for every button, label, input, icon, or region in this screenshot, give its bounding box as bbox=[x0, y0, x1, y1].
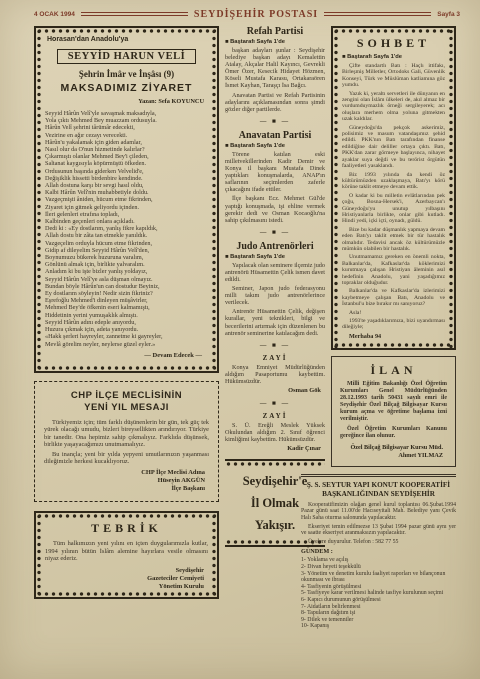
seyyid-harun-article-box: Horasan'dan Anadolu'ya SEYYİD HARUN VELİ… bbox=[34, 26, 219, 373]
paragraph: Asla! bbox=[342, 310, 445, 316]
header-rule-left bbox=[81, 12, 188, 16]
paragraph: Tüm halkımızın yeni yılını en içten duyg… bbox=[45, 540, 208, 562]
paragraph: Biz 1993 yılında da kendi öz kültürümüzd… bbox=[342, 172, 445, 191]
article-title-wrap: SEYYİD HARUN VELİ bbox=[45, 46, 208, 69]
left-column: Horasan'dan Anadolu'ya SEYYİD HARUN VELİ… bbox=[34, 26, 219, 599]
continued-tag: ■ Baştarafı Sayfa 1'de bbox=[225, 254, 325, 260]
middle-column: Refah Partisi ■ Baştarafı Sayfa 1'de baş… bbox=[225, 26, 325, 547]
paragraph: Balkanlar'da ve Kafkaslar'da izlerimizi … bbox=[342, 288, 445, 307]
paragraph: Törene katılan eski milletvekillerinden … bbox=[225, 151, 325, 194]
chp-message-box: CHP İLÇE MECLİSİNİN YENİ YIL MESAJI Türk… bbox=[34, 381, 219, 502]
article-kicker: Horasan'dan Anadolu'ya bbox=[47, 36, 208, 43]
agenda-label: GÜNDEM : bbox=[301, 548, 456, 555]
article-subtitle-2: MAKSADIMIZ ZİYARET bbox=[45, 82, 208, 94]
zayi-notice-1: ZAYİ Konya Emniyet Müdürlüğünden aldığım… bbox=[225, 354, 325, 395]
paragraph: Bu inançla; yeni bir yılda yepyeni umutl… bbox=[44, 451, 209, 466]
tebrik-title: TEBRİK bbox=[45, 521, 208, 536]
chp-body: Türkiyemiz için; tüm farklı düşünenlerin… bbox=[44, 419, 209, 465]
zayi-notice-2: ZAYİ S. Ü. Ereğli Meslek Yüksek Okulunda… bbox=[225, 412, 325, 453]
page-number: Sayfa 3 bbox=[437, 11, 460, 18]
tebrik-body: Tüm halkımızın yeni yılını en içten duyg… bbox=[45, 540, 208, 562]
paragraph: Anavatan Partisi ve Refah Partisinin ada… bbox=[225, 92, 325, 113]
paragraph: İlçe başkanı Ecz. Mehmet Gül'de yaptığı … bbox=[225, 195, 325, 223]
paragraph: Ekseriyet temin edilmezse 13 Şubat 1994 … bbox=[301, 524, 456, 537]
ilan-box: İLAN Milli Eğitim Bakanlığı Özel Öğretim… bbox=[331, 356, 456, 467]
paragraph: Türkiyemiz için; tüm farklı düşünenlerin… bbox=[44, 419, 209, 449]
page-columns: Horasan'dan Anadolu'ya SEYYİD HARUN VELİ… bbox=[34, 26, 460, 630]
ilan-signature: Özel Bilçağ Bilgisayar Kursu Müd. Ahmet … bbox=[340, 444, 447, 460]
paragraph: Yazık ki, yeraltı servetleri ile dünyanı… bbox=[342, 91, 445, 123]
sohbet-box: SOHBET ■ Baştarafı Sayfa 1'de Çifte stan… bbox=[331, 26, 456, 350]
paragraph: Üyelere duyurulur. Telefon : 582 77 55 bbox=[301, 539, 456, 546]
section-heading: Anavatan Partisi bbox=[225, 130, 325, 141]
section-heading: ZAYİ bbox=[225, 354, 325, 362]
news-judo-antrenorleri: Judo Antrenörleri ■ Baştarafı Sayfa 1'de… bbox=[225, 241, 325, 337]
chp-title: CHP İLÇE MECLİSİNİN YENİ YIL MESAJI bbox=[44, 390, 209, 414]
section-heading: Refah Partisi bbox=[225, 26, 325, 37]
paragraph: Yapılacak olan seminere ilçemiz judo ant… bbox=[225, 262, 325, 283]
signature: Osman Gök bbox=[225, 387, 325, 395]
section-heading: ZAYİ bbox=[225, 412, 325, 420]
article-subtitle: Şehrin İmâr ve İnşâsı (9) bbox=[45, 69, 208, 79]
seytur-title-line1: Ş. S. SEYTUR YAPI KONUT KOOPERATİFİ bbox=[301, 481, 456, 490]
paragraph: Antrenör Hüsamettin Çelik, değişen kural… bbox=[225, 308, 325, 336]
article-byline: Yazan: Sefa KOYUNCU bbox=[45, 98, 204, 105]
sohbet-title: SOHBET bbox=[342, 36, 445, 51]
paragraph: S. Ü. Ereğli Meslek Yüksek Okulundan ald… bbox=[225, 422, 325, 443]
news-refah-partisi: Refah Partisi ■ Baştarafı Sayfa 1'de baş… bbox=[225, 26, 325, 113]
chp-signature: CHP İlçe Meclisi Adına Hüseyin AKGÜN İlç… bbox=[44, 469, 209, 493]
tebrik-box: TEBRİK Tüm halkımızın yeni yılını en içt… bbox=[34, 511, 219, 598]
paragraph: Milli Eğitim Bakanlığı Özel Öğretim Kuru… bbox=[340, 381, 447, 423]
paragraph: Unutmamamız gereken en önemli nokta, Bal… bbox=[342, 254, 445, 286]
header-rule-right bbox=[324, 12, 431, 16]
paragraph: başkan adayları şunlar : Seydişehir bele… bbox=[225, 47, 325, 90]
newspaper-page: 4 OCAK 1994 SEYDİŞEHİR POSTASI Sayfa 3 H… bbox=[0, 0, 480, 679]
section-divider: — ■ — bbox=[225, 118, 325, 125]
page-header: 4 OCAK 1994 SEYDİŞEHİR POSTASI Sayfa 3 bbox=[34, 6, 460, 22]
continued-tag: ■ Baştarafı Sayfa 1'de bbox=[225, 39, 325, 45]
news-anavatan-partisi: Anavatan Partisi ■ Baştarafı Sayfa 1'de … bbox=[225, 130, 325, 224]
paragraph: Konya Emniyet Müdürlüğünden aldığım Pasa… bbox=[225, 364, 325, 385]
issue-date: 4 OCAK 1994 bbox=[34, 11, 75, 18]
continued-tag: ■ Baştarafı Sayfa 1'de bbox=[225, 143, 325, 149]
seytur-title-line2: BAŞKANLIĞINDAN SEYDİŞEHİR bbox=[301, 490, 456, 499]
sohbet-closing: Merhaba 94 bbox=[342, 333, 445, 340]
to-be-continued: — Devam Edecek — bbox=[45, 352, 208, 359]
paragraph: O kadar ki bu milletin evlâtlarından pek… bbox=[342, 193, 445, 225]
agenda-list: 1- Yoklama ve açılış 2- Divan heyeti teş… bbox=[301, 557, 456, 630]
section-divider: — ■ — bbox=[225, 400, 325, 407]
paragraph: Seminer, Japon judo federasyonu milli ta… bbox=[225, 285, 325, 306]
section-divider: — ■ — bbox=[225, 342, 325, 349]
right-column: SOHBET ■ Baştarafı Sayfa 1'de Çifte stan… bbox=[331, 26, 456, 630]
article-title: SEYYİD HARUN VELİ bbox=[57, 49, 196, 64]
section-heading: Judo Antrenörleri bbox=[225, 241, 325, 252]
ilan-title: İLAN bbox=[340, 363, 447, 378]
section-divider: — ■ — bbox=[225, 229, 325, 236]
paragraph: Bize bu kadar düşmanlık yapmaya devam ed… bbox=[342, 227, 445, 253]
paragraph: 1993'te yaşadıklarımıza, bizi uyandırmas… bbox=[342, 318, 445, 331]
paragraph: Özel Öğretim Kurumları Kanunu gereğince … bbox=[340, 426, 447, 440]
masthead-title: SEYDİŞEHİR POSTASI bbox=[194, 9, 318, 20]
seytur-notice: Ş. S. SEYTUR YAPI KONUT KOOPERATİFİ BAŞK… bbox=[301, 474, 456, 630]
continued-tag: ■ Baştarafı Sayfa 1'de bbox=[342, 54, 445, 60]
poem-text: Seyyid Hârûn Velî'yle savaşmak maksadıyl… bbox=[45, 110, 208, 348]
tebrik-signature: Seydişehir Gazeteciler Cemiyeti Yönetim … bbox=[45, 567, 208, 591]
paragraph: Güneydoğu'da pekçok askerimiz, polisimiz… bbox=[342, 125, 445, 170]
signature: Kadir Çınar bbox=[225, 445, 325, 453]
paragraph: Kooperatifimizin olağan genel kurul topl… bbox=[301, 502, 456, 522]
paragraph: Çifte standartlı Batı : Haçlı ittifakı, … bbox=[342, 63, 445, 89]
